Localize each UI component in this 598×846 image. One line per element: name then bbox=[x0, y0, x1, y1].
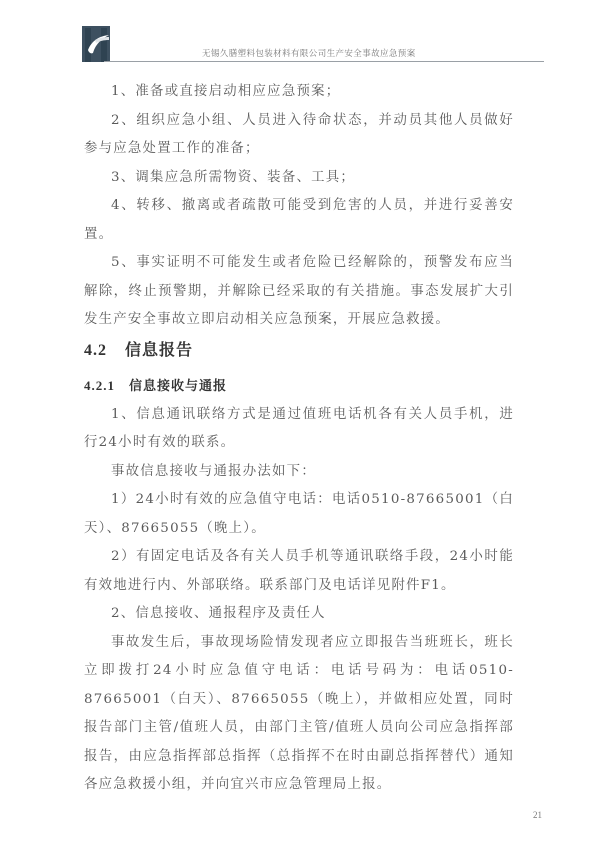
document-body: 1、准备或直接启动相应应急预案； 2、组织应急小组、人员进入待命状态，并动员其他… bbox=[84, 78, 514, 800]
list-item: 3、调集应急所需物资、装备、工具； bbox=[84, 164, 514, 193]
paragraph: 1、信息通讯联络方式是通过值班电话机各有关人员手机，进行24小时有效的联系。 bbox=[84, 401, 514, 458]
list-item: 2、组织应急小组、人员进入待命状态，并动员其他人员做好参与应急处置工作的准备； bbox=[84, 107, 514, 164]
subsection-title: 信息接收与通报 bbox=[129, 379, 227, 394]
page-header: 无锡久膳塑料包装材料有限公司生产安全事故应急预案 bbox=[82, 26, 544, 64]
paragraph: 事故发生后，事故现场险情发现者应立即报告当班班长，班长立即拨打24小时应急值守电… bbox=[84, 629, 514, 800]
company-logo-icon bbox=[82, 26, 110, 62]
document-header-title: 无锡久膳塑料包装材料有限公司生产安全事故应急预案 bbox=[202, 47, 416, 59]
list-item: 4、转移、撤离或者疏散可能受到危害的人员，并进行妥善安置。 bbox=[84, 192, 514, 249]
section-title: 信息报告 bbox=[125, 340, 193, 359]
page-number: 21 bbox=[533, 810, 542, 820]
paragraph: 2、信息接收、通报程序及责任人 bbox=[84, 600, 514, 629]
subsection-number: 4.2.1 bbox=[84, 378, 115, 393]
section-number: 4.2 bbox=[84, 342, 107, 359]
paragraph: 2）有固定电话及各有关人员手机等通讯联络手段，24小时能有效地进行内、外部联络。… bbox=[84, 543, 514, 600]
header-divider bbox=[104, 61, 544, 62]
list-item: 1、准备或直接启动相应应急预案； bbox=[84, 78, 514, 107]
subsection-heading: 4.2.1信息接收与通报 bbox=[84, 372, 514, 401]
section-heading: 4.2信息报告 bbox=[84, 335, 514, 366]
list-item: 5、事实证明不可能发生或者危险已经解除的，预警发布应当解除，终止预警期，并解除已… bbox=[84, 249, 514, 335]
paragraph: 事故信息接收与通报办法如下： bbox=[84, 458, 514, 487]
paragraph: 1）24小时有效的应急值守电话：电话0510-87665001（白天）、8766… bbox=[84, 486, 514, 543]
